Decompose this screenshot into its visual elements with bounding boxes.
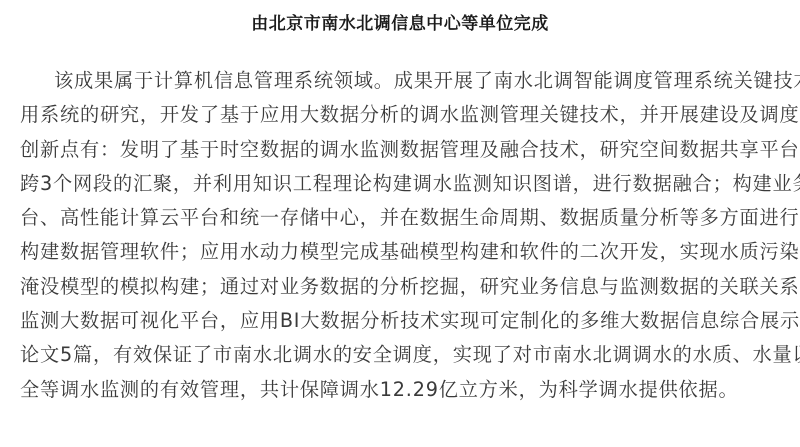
document-title: 由北京市南水北调信息中心等单位完成 bbox=[0, 10, 800, 38]
paragraph-line: 构建数据管理软件；应用水动力模型完成基础模型构建和软件的二次开发，实现水质污染模… bbox=[20, 235, 782, 269]
paragraph-line: 跨3个网段的汇聚，并利用知识工程理论构建调水监测知识图谱，进行数据融合；构建业务… bbox=[20, 167, 782, 201]
paragraph-line: 台、高性能计算云平台和统一存储中心，并在数据生命周期、数据质量分析等多方面进行数… bbox=[20, 201, 782, 235]
paragraph-line: 全等调水监测的有效管理，共计保障调水12.29亿立方米，为科学调水提供依据。 bbox=[20, 373, 782, 407]
paragraph-line: 论文5篇，有效保证了市南水北调水的安全调度，实现了对市南水北调调水的水质、水量以… bbox=[20, 338, 782, 372]
paragraph-line: 淹没模型的模拟构建；通过对业务数据的分析挖掘，研究业务信息与监测数据的关联关系，… bbox=[20, 270, 782, 304]
document-paragraph: 该成果属于计算机信息管理系统领域。成果开展了南水北调智能调度管理系统关键技术和业… bbox=[20, 64, 782, 407]
paragraph-line: 该成果属于计算机信息管理系统领域。成果开展了南水北调智能调度管理系统关键技术和业… bbox=[20, 64, 782, 98]
paragraph-line: 创新点有：发明了基于时空数据的调水监测数据管理及融合技术，研究空间数据共享平台和… bbox=[20, 133, 782, 167]
paragraph-line: 用系统的研究，开发了基于应用大数据分析的调水监测管理关键技术，并开展建设及调度运… bbox=[20, 98, 782, 132]
paragraph-line: 监测大数据可视化平台，应用BI大数据分析技术实现可定制化的多维大数据信息综合展示… bbox=[20, 304, 782, 338]
